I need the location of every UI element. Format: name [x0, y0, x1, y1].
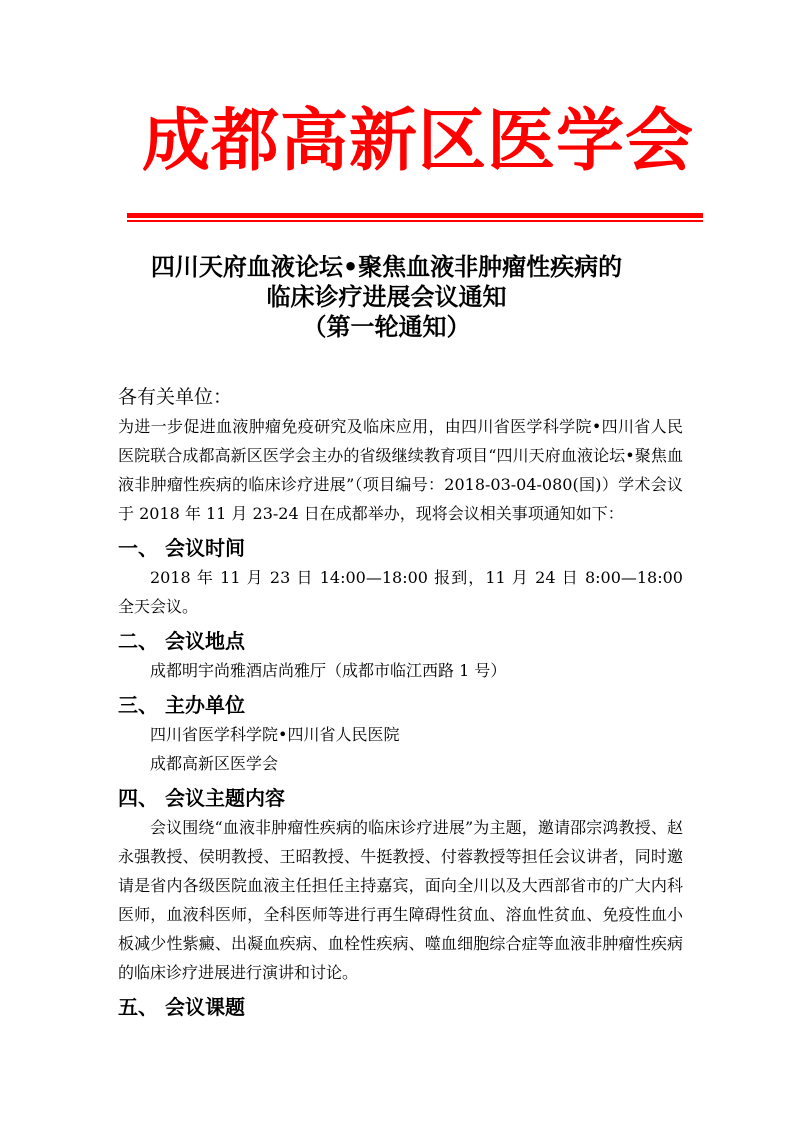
title-line-1: 四川天府血液论坛•聚焦血液非肿瘤性疾病的	[118, 252, 655, 282]
organizer-line-2: 成都高新区医学会	[118, 749, 683, 778]
document-body: 各有关单位： 为进一步促进血液肿瘤免疫研究及临床应用，由四川省医学科学院•四川省…	[118, 383, 683, 1022]
section-heading-meeting-time: 一、 会议时间	[118, 534, 683, 563]
meeting-topics-paragraph: 会议围绕“血液非肿瘤性疾病的临床诊疗进展”为主题，邀请邵宗鸿教授、赵永强教授、侯…	[118, 813, 683, 987]
section-heading-organizers: 三、 主办单位	[118, 691, 683, 720]
section-heading-meeting-subjects: 五、 会议课题	[118, 993, 683, 1022]
letterhead-title: 成都高新区医学会	[0, 100, 800, 182]
meeting-time-paragraph: 2018 年 11 月 23 日 14:00—18:00 报到，11 月 24 …	[118, 563, 683, 621]
title-line-3: （第一轮通知）	[118, 312, 655, 342]
title-line-2: 临床诊疗进展会议通知	[118, 282, 655, 312]
intro-paragraph: 为进一步促进血液肿瘤免疫研究及临床应用，由四川省医学科学院•四川省人民医院联合成…	[118, 412, 683, 528]
organizer-line-1: 四川省医学科学院•四川省人民医院	[118, 720, 683, 749]
salutation: 各有关单位：	[118, 383, 683, 412]
meeting-venue-line: 成都明宇尚雅酒店尚雅厅（成都市临江西路 1 号）	[118, 656, 683, 685]
section-heading-meeting-topics: 四、 会议主题内容	[118, 784, 683, 813]
divider-thin-line	[127, 220, 703, 222]
letterhead-divider	[127, 213, 703, 222]
document-page: 成都高新区医学会 四川天府血液论坛•聚焦血液非肿瘤性疾病的 临床诊疗进展会议通知…	[0, 0, 800, 1132]
document-title: 四川天府血液论坛•聚焦血液非肿瘤性疾病的 临床诊疗进展会议通知 （第一轮通知）	[118, 252, 683, 342]
section-heading-meeting-venue: 二、 会议地点	[118, 627, 683, 656]
